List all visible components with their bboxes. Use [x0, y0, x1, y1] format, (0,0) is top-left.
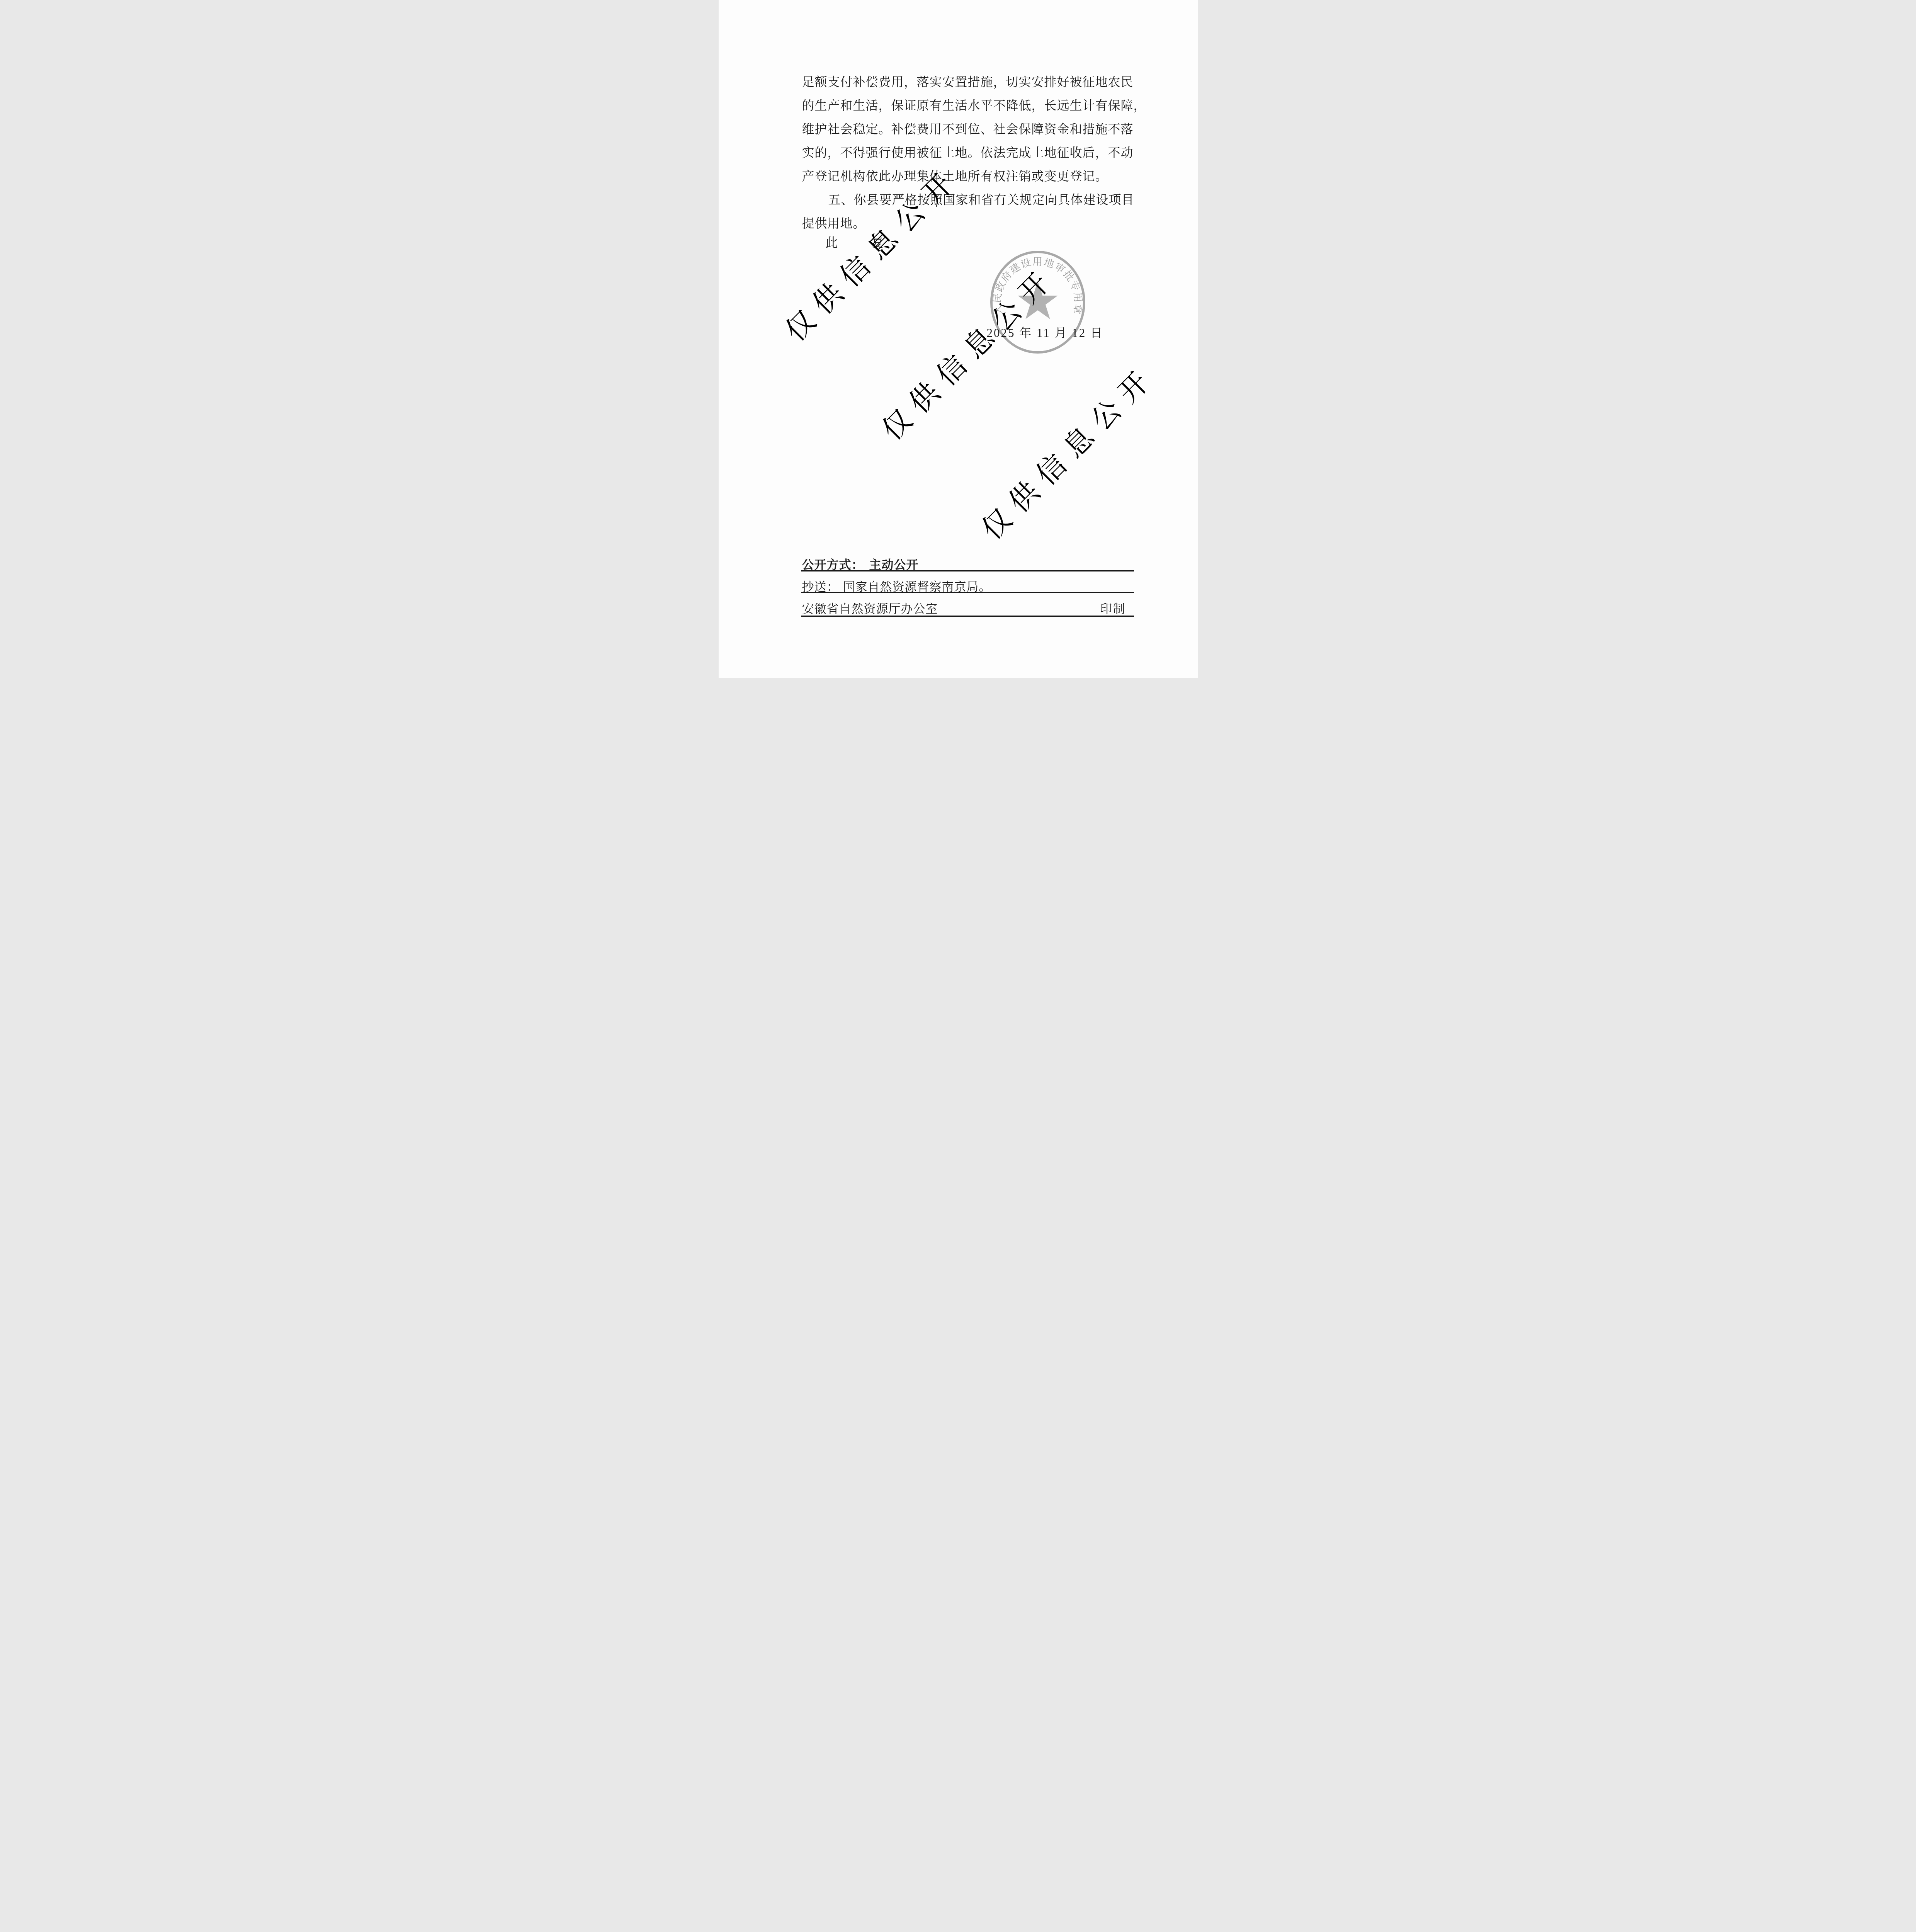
- footer-divider-1: [801, 570, 1134, 571]
- disclosure-label: 公开方式：: [802, 558, 864, 571]
- body-line-3: 维护社会稳定。补偿费用不到位、社会保障资金和措施不落: [802, 117, 1134, 141]
- closing-ci: 此: [826, 236, 838, 250]
- body-line-1: 足额支付补偿费用，落实安置措施，切实安排好被征地农民: [802, 70, 1134, 94]
- body-line-7: 提供用地。: [802, 212, 1134, 235]
- cc-value: 国家自然资源督察南京局。: [843, 580, 991, 594]
- body-line-6: 五、你县要严格按照国家和省有关规定向具体建设项目: [802, 188, 1134, 212]
- document-page: 人民政府建设用地审批专用章 足额支付补偿费用，落实安置措施，切实安排好被征地农民…: [719, 0, 1198, 678]
- print-label: 印制: [1100, 599, 1126, 616]
- body-paragraphs: 足额支付补偿费用，落实安置措施，切实安排好被征地农民 的生产和生活，保证原有生活…: [802, 70, 1134, 235]
- body-line-4: 实的，不得强行使用被征土地。依法完成土地征收后，不动: [802, 141, 1134, 165]
- footer-divider-3: [801, 616, 1134, 617]
- cc-label: 抄送：: [802, 580, 839, 594]
- watermark-text-3: 仅供信息公开: [971, 354, 1163, 547]
- body-line-5: 产登记机构依此办理集体土地所有权注销或变更登记。: [802, 165, 1134, 188]
- disclosure-value: 主动公开: [869, 558, 919, 571]
- footer-divider-2: [801, 592, 1134, 593]
- issuer-name: 安徽省自然资源厅办公室: [802, 599, 938, 616]
- body-line-2: 的生产和生活，保证原有生活水平不降低，长远生计有保障，: [802, 94, 1134, 117]
